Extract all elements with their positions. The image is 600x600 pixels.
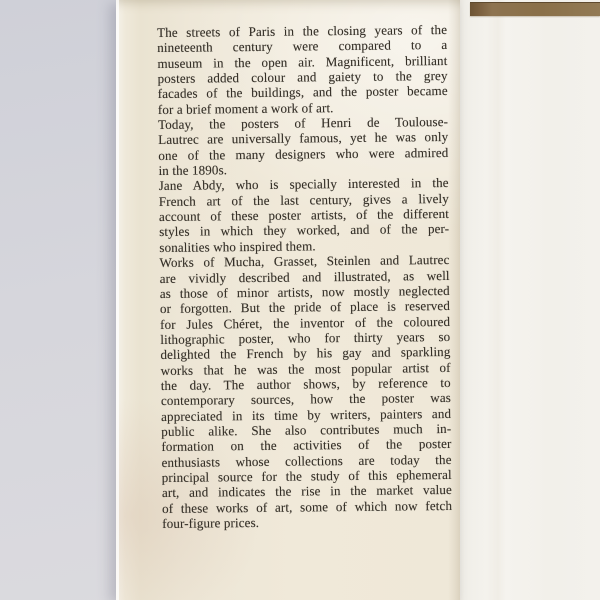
book-jacket-photo: The streets of Paris in the closing year… — [0, 0, 600, 600]
text-line: facades of the buildings, and the poster… — [158, 83, 448, 101]
jacket-back-panel — [458, 0, 600, 600]
book-cover-strip — [470, 2, 600, 16]
text-line: styles in which they worked, and of the … — [159, 221, 449, 239]
text-line: of these works of art, some of which now… — [162, 498, 452, 516]
jacket-front-flap: The streets of Paris in the closing year… — [116, 0, 460, 600]
blurb-text-block: The streets of Paris in the closing year… — [157, 22, 452, 531]
text-line: four-figure prices. — [162, 513, 452, 531]
text-line: one of the many designers who were admir… — [158, 145, 448, 163]
